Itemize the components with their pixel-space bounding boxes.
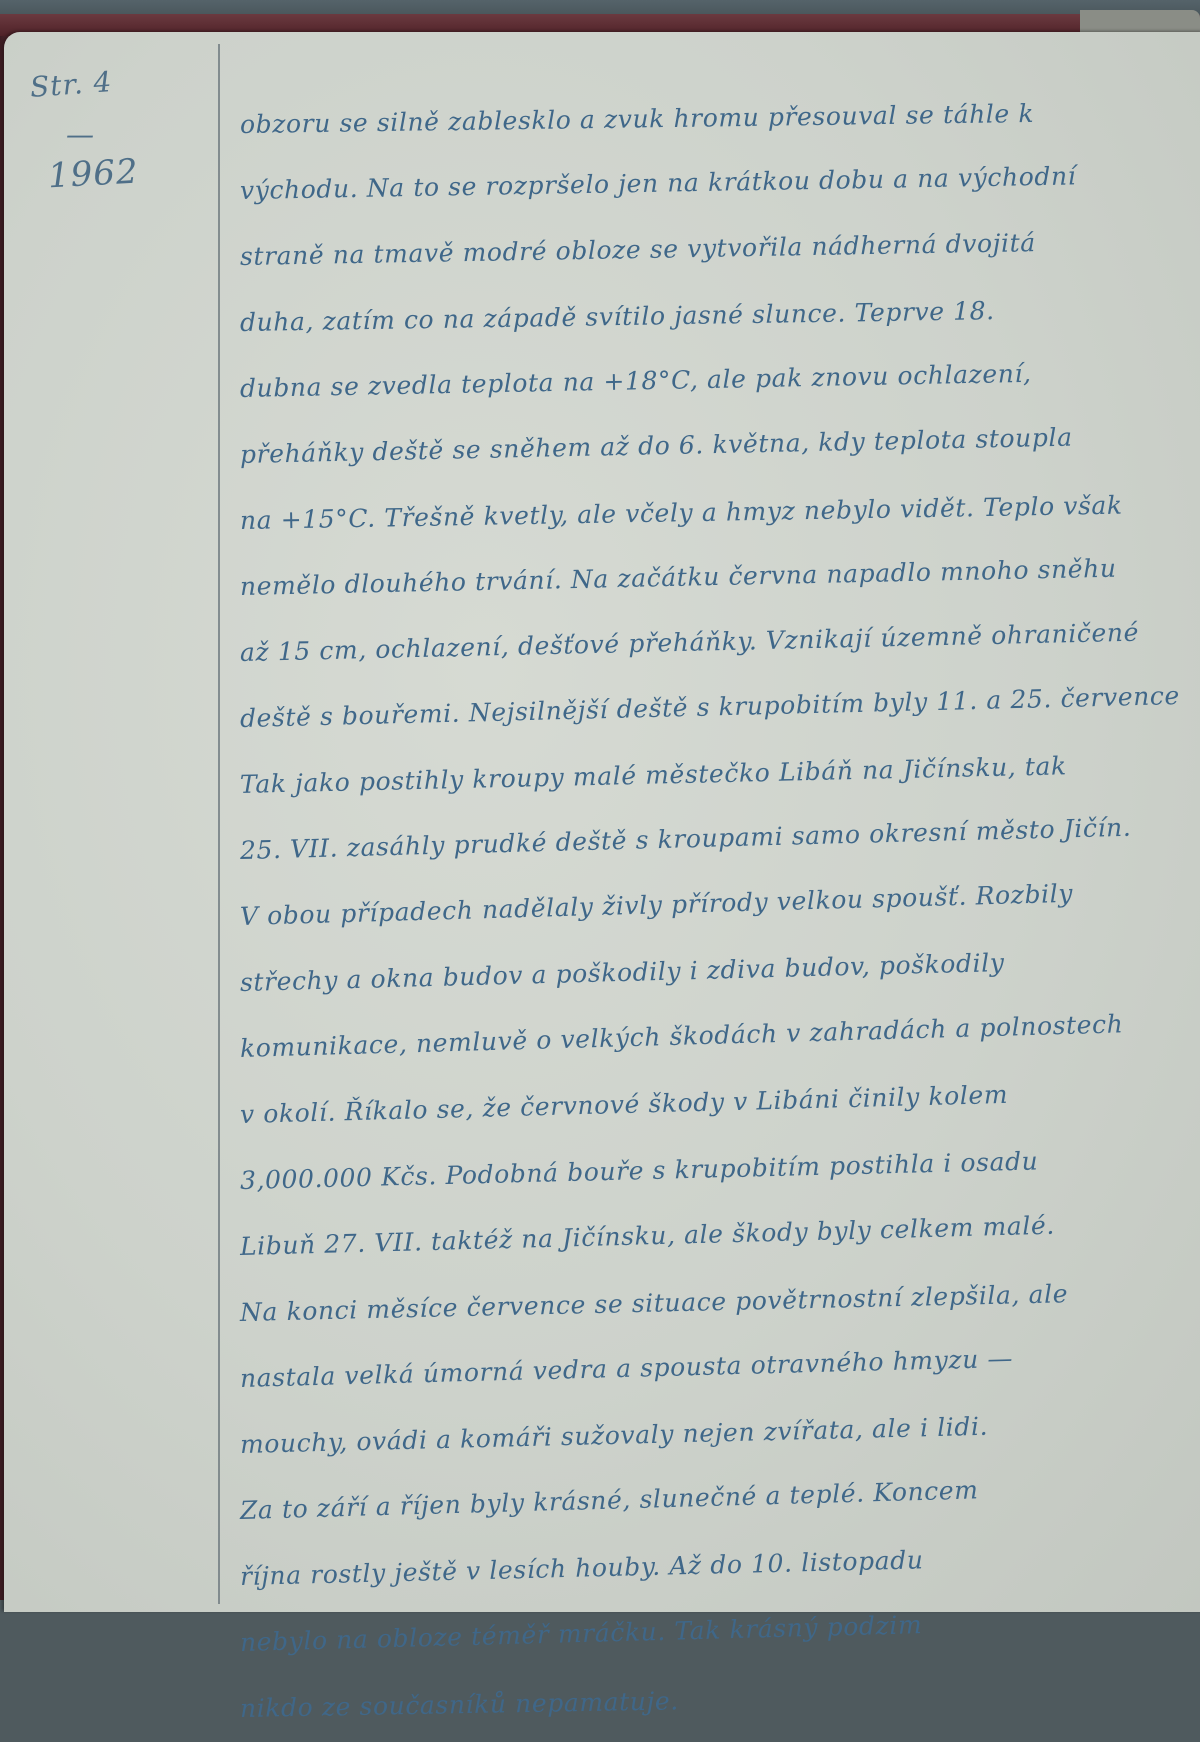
year-label: 1962 [47,152,140,197]
margin-rule [218,44,220,1600]
page-number-label: Str. 4 [29,65,113,104]
margin-separator: — [66,118,95,151]
notebook-page: Str. 4 — 1962 obzoru se silně zablesklo … [4,32,1200,1600]
handwritten-body: obzoru se silně zablesklo a zvuk hromu p… [240,92,1160,1600]
